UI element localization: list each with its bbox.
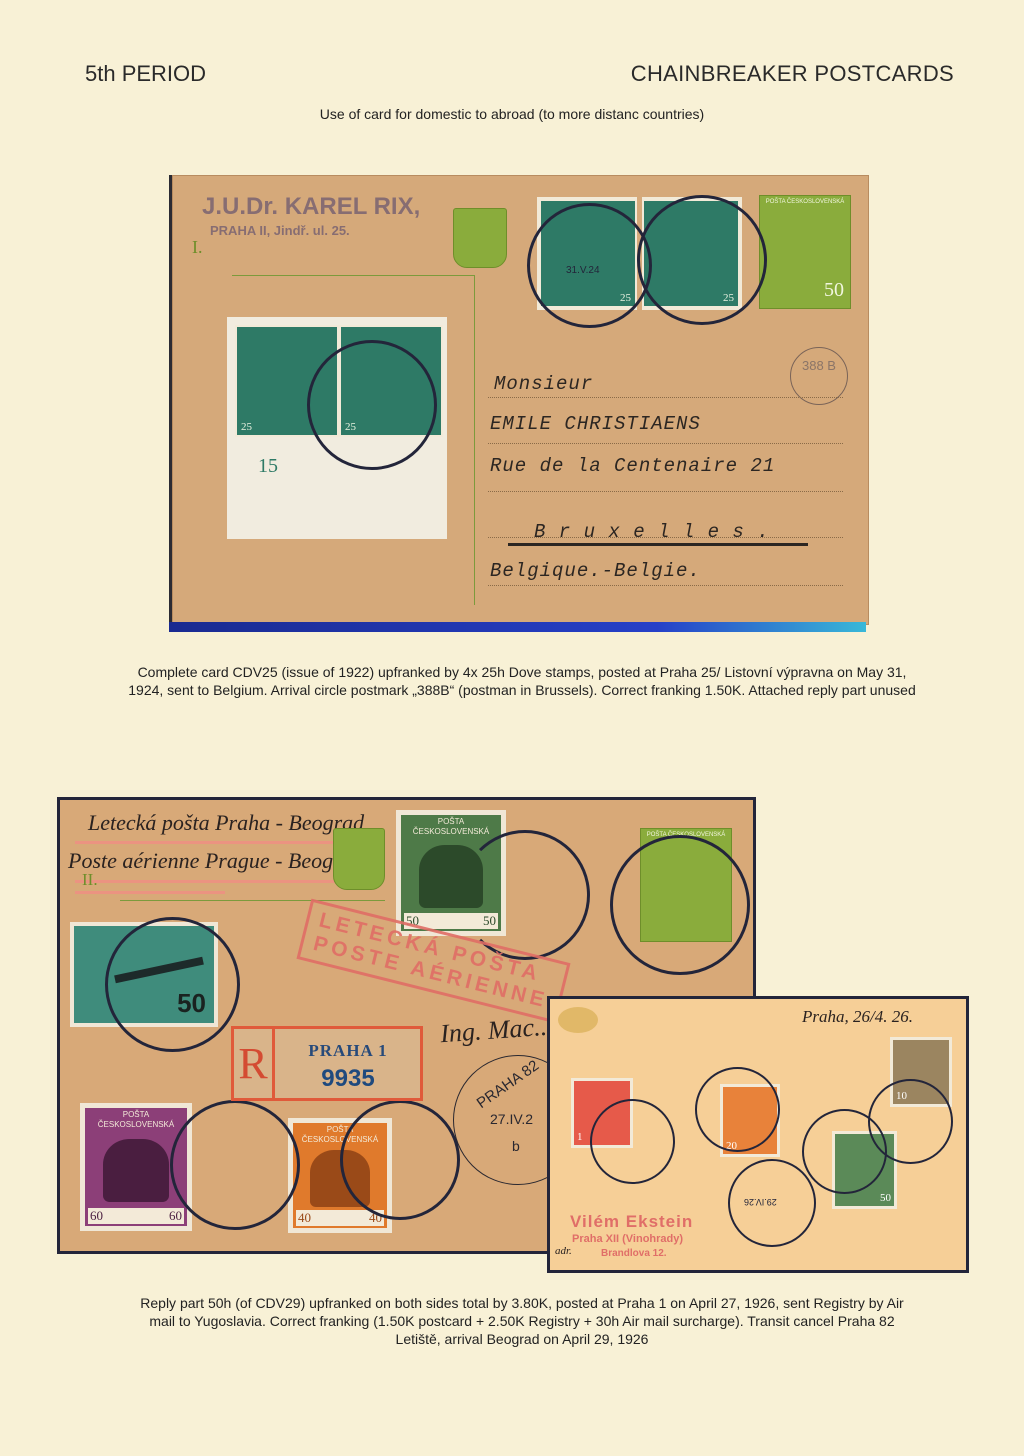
roman-numeral: I.	[192, 237, 203, 258]
coat-of-arms-icon	[453, 208, 507, 268]
address-guide	[488, 537, 843, 538]
departure-postmark-praha-1	[610, 835, 750, 975]
period-heading: 5th PERIOD	[85, 61, 206, 87]
registration-office: PRAHA 1	[276, 1041, 420, 1061]
page-subtitle: Use of card for domestic to abroad (to m…	[0, 106, 1024, 122]
sender-address-line: Praha XII (Vinohrady)	[572, 1233, 683, 1245]
collection-title: CHAINBREAKER POSTCARDS	[631, 61, 954, 87]
reply-card-edge	[169, 622, 866, 632]
address-guide	[488, 397, 843, 398]
caption-card1: Complete card CDV25 (issue of 1922) upfr…	[70, 663, 974, 699]
registration-number: 9935	[276, 1065, 420, 1093]
departure-postmark	[637, 195, 767, 325]
underline-red	[75, 841, 375, 844]
address-guide	[488, 585, 843, 586]
arrival-postmark-beograd: 29.IV.26	[728, 1159, 816, 1247]
departure-postmark-praha-1	[695, 1067, 780, 1152]
divider-line	[474, 275, 475, 605]
departure-postmark-praha-1	[340, 1100, 460, 1220]
handwritten-route-czech: Letecká pošta Praha - Beograd	[88, 810, 364, 836]
sender-cachet-name: J.U.Dr. KAREL RIX,	[202, 193, 420, 221]
address-line-1: Monsieur	[494, 373, 593, 395]
address-line-3: Rue de la Centenaire 21	[490, 455, 775, 477]
sender-cachet-address: PRAHA II, Jindř. ul. 25.	[210, 223, 350, 238]
registration-r: R	[234, 1029, 275, 1098]
handwritten-date: Praha, 26/4. 26.	[802, 1007, 913, 1027]
underline-red	[75, 880, 375, 883]
sender-name: Vilém Ekstein	[570, 1212, 693, 1232]
plate-number: 15	[258, 455, 278, 478]
divider-line	[232, 275, 475, 276]
roman-numeral: II.	[82, 870, 98, 890]
handwritten-route-french: Poste aérienne Prague - Beograd	[68, 848, 364, 874]
stain	[558, 1007, 598, 1033]
postmark-date: 31.V.24	[566, 265, 600, 276]
postcard-reverse-side: Praha, 26/4. 26. 1 20 10 50 29.IV.26 Vil…	[547, 996, 969, 1273]
address-guide	[488, 443, 843, 444]
registration-label: R PRAHA 1 9935	[231, 1026, 423, 1101]
sender-street: Brandlova 12.	[601, 1248, 667, 1259]
handwritten-note: adr.	[555, 1245, 572, 1257]
divider-line	[120, 900, 385, 901]
departure-postmark-praha-1	[105, 917, 240, 1052]
coat-of-arms-icon	[333, 828, 385, 890]
underline	[508, 543, 808, 546]
departure-postmark-praha-1	[590, 1099, 675, 1184]
underline-red	[75, 891, 225, 894]
address-line-5: Belgique.-Belgie.	[490, 560, 701, 582]
postcard-cdv25: J.U.Dr. KAREL RIX, PRAHA II, Jindř. ul. …	[169, 175, 869, 625]
imprinted-chainbreaker-stamp: POŠTA ČESKOSLOVENSKÁ 50	[759, 195, 851, 309]
departure-postmark-praha-1	[170, 1100, 300, 1230]
caption-card2: Reply part 50h (of CDV29) upfranked on b…	[70, 1294, 974, 1348]
departure-postmark-praha-1	[802, 1109, 887, 1194]
address-line-4: B r u x e l l e s .	[534, 521, 770, 543]
address-guide	[488, 491, 843, 492]
address-line-2: EMILE CHRISTIAENS	[490, 413, 701, 435]
departure-postmark	[307, 340, 437, 470]
